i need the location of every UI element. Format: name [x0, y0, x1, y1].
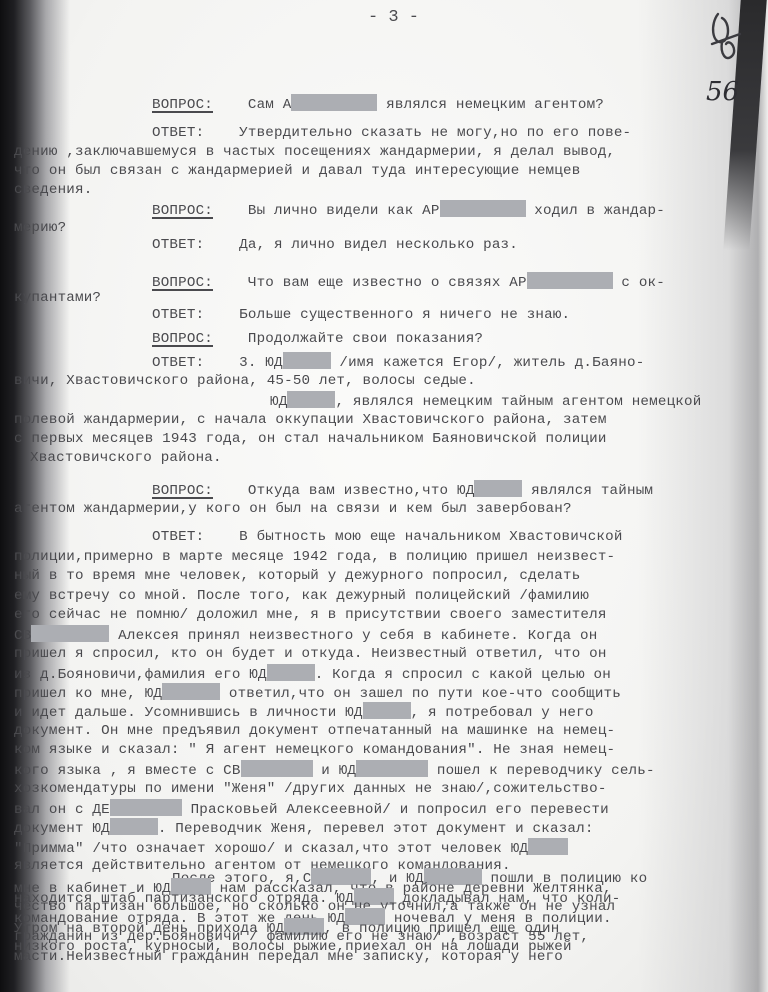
line-text: ему встречу со мной. После того, как деж…	[14, 588, 589, 604]
text-line: и идет дальше. Усомнившись в личности ЮД…	[14, 702, 594, 722]
line-text: Откуда вам известно,что ЮД	[213, 483, 474, 499]
text-line: агентом жандармерии,у кого он был на свя…	[14, 500, 572, 518]
question-line: ВОПРОС: Что вам еще известно о связях АР…	[152, 272, 665, 292]
line-text: и идет дальше. Усомнившись в личности ЮД	[14, 705, 363, 721]
line-text: что он был связан с жандармерией и давал…	[14, 163, 580, 179]
question-line: ВОПРОС: Откуда вам известно,что ЮД являл…	[152, 480, 653, 500]
text-line: с первых месяцев 1943 года, он стал нача…	[14, 430, 607, 448]
text-line: ЮД, являлся немецким тайным агентом неме…	[270, 391, 701, 411]
line-text: кого языка , я вместе с СВ	[14, 763, 241, 779]
redaction-box	[474, 480, 522, 497]
text-line: его сейчас не помню/ доложил мне, я в пр…	[14, 606, 607, 624]
line-text: Сам А	[213, 97, 291, 113]
handwritten-annotation-icon: 56	[700, 4, 768, 114]
label-question: ВОПРОС:	[152, 97, 213, 113]
line-text: Продолжайте свои показания?	[213, 331, 483, 347]
line-text: ответил,что он зашел по пути кое-что соо…	[220, 686, 621, 702]
redaction-box	[31, 625, 109, 642]
line-text: являлся немецким агентом?	[377, 97, 604, 113]
text-line: из д.Бояновичи,фамилия его ЮД. Когда я с…	[14, 664, 611, 684]
line-text: вичи, Хвастовичского района, 45-50 лет, …	[14, 373, 476, 389]
text-line: полевой жандармерии, с начала оккупации …	[14, 411, 607, 429]
text-line: ный в то время мне человек, который у де…	[14, 567, 580, 585]
text-line: полиции,примерно в марте месяце 1942 год…	[14, 548, 615, 566]
line-text: пошел к переводчику сель-	[428, 763, 655, 779]
question-line: ВОПРОС: Вы лично видели как АР ходил в ж…	[152, 200, 665, 220]
text-line: дению ,заключавшемуся в частых посещения…	[14, 143, 615, 161]
line-text: полиции,примерно в марте месяце 1942 год…	[14, 549, 615, 565]
text-line: вал он с ДЕ Прасковьей Алексеевной/ и по…	[14, 799, 609, 819]
line-text: ком языке и сказал: " Я агент немецкого …	[14, 742, 615, 758]
text-line: "Примма" /что означает хорошо/ и сказал,…	[14, 838, 568, 858]
line-text: /имя кажется Егор/, житель д.Баяно-	[331, 355, 645, 371]
line-text: ОТВЕТ: 3. ЮД	[152, 355, 283, 371]
answer-line: ОТВЕТ: Больше существенного я ничего не …	[152, 306, 570, 324]
line-text: с первых месяцев 1943 года, он стал нача…	[14, 431, 607, 447]
line-text: пришел ко мне, ЮД	[14, 686, 162, 702]
redaction-box	[162, 683, 220, 700]
answer-line: ОТВЕТ: 3. ЮД /имя кажется Егор/, житель …	[152, 352, 644, 372]
line-text: хозкомендатуры по имени "Женя" /других д…	[14, 781, 607, 797]
line-text: сведения.	[14, 182, 92, 198]
question-line: ВОПРОС: Продолжайте свои показания?	[152, 330, 483, 348]
redaction-box	[110, 818, 158, 835]
line-text: Что вам еще известно о связях АР	[213, 275, 527, 291]
line-text: Алексея принял неизвестного у себя в каб…	[109, 628, 597, 644]
redaction-box	[528, 838, 568, 855]
line-text: агентом жандармерии,у кого он был на свя…	[14, 501, 572, 517]
text-line: сведения.	[14, 181, 92, 199]
line-text: вал он с ДЕ	[14, 802, 110, 818]
line-text: ОТВЕТ: Да, я лично видел несколько раз.	[152, 237, 518, 253]
text-line: документ ЮД. Переводчик Женя, перевел эт…	[14, 818, 594, 838]
line-text: "Примма" /что означает хорошо/ и сказал,…	[14, 841, 528, 857]
text-line: ему встречу со мной. После того, как деж…	[14, 587, 589, 605]
redaction-box	[241, 760, 313, 777]
text-line: мерию?	[14, 219, 66, 237]
text-line: кого языка , я вместе с СВ и ЮД пошел к …	[14, 760, 655, 780]
line-text: документ ЮД	[14, 821, 110, 837]
line-text: мерию?	[14, 220, 66, 236]
line-text: его сейчас не помню/ доложил мне, я в пр…	[14, 607, 607, 623]
line-text: ходил в жандар-	[526, 203, 665, 219]
text-line: пришел я спросил, кто он будет и откуда.…	[14, 645, 607, 663]
redaction-box	[363, 702, 411, 719]
label-question: ВОПРОС:	[152, 203, 213, 219]
line-text: , являлся немецким тайным агентом немецк…	[335, 394, 701, 410]
line-text: полевой жандармерии, с начала оккупации …	[14, 412, 607, 428]
line-text: ОТВЕТ: В бытность мою еще начальником Хв…	[152, 529, 623, 545]
line-text: из д.Бояновичи,фамилия его ЮД	[14, 667, 267, 683]
line-text: Прасковьей Алексеевной/ и попросил его п…	[182, 802, 609, 818]
redaction-box	[287, 391, 335, 408]
question-line: ВОПРОС: Сам А являлся немецким агентом?	[152, 94, 604, 114]
line-text: документ. Он мне предъявил документ отпе…	[14, 723, 615, 739]
text-line: пришел ко мне, ЮД ответил,что он зашел п…	[14, 683, 621, 703]
redaction-box	[527, 272, 613, 289]
line-text: ОТВЕТ: Утвердительно сказать не могу,но …	[152, 125, 631, 141]
line-text: . Переводчик Женя, перевел этот документ…	[158, 821, 594, 837]
redaction-box	[267, 664, 315, 681]
answer-line: ОТВЕТ: В бытность мою еще начальником Хв…	[152, 528, 623, 546]
line-text: и ЮД	[313, 763, 357, 779]
label-question: ВОПРОС:	[152, 483, 213, 499]
line-text: масти.Неизвестный гражданин передал мне …	[14, 949, 563, 965]
text-line: вичи, Хвастовичского района, 45-50 лет, …	[14, 372, 476, 390]
line-text: , я потребовал у него	[411, 705, 594, 721]
text-line: что он был связан с жандармерией и давал…	[14, 162, 580, 180]
svg-text:56: 56	[706, 77, 739, 107]
line-text: являлся тайным	[522, 483, 653, 499]
text-line: документ. Он мне предъявил документ отпе…	[14, 722, 615, 740]
redaction-box	[291, 94, 377, 111]
line-text: купантами?	[14, 290, 101, 306]
line-text: ный в то время мне человек, который у де…	[14, 568, 580, 584]
redaction-box	[110, 799, 182, 816]
line-text: Вы лично видели как АР	[213, 203, 440, 219]
redaction-box	[283, 352, 331, 369]
line-text: дению ,заключавшемуся в частых посещения…	[14, 144, 615, 160]
line-text: Хвастовичского района.	[30, 450, 222, 466]
label-question: ВОПРОС:	[152, 331, 213, 347]
text-line: СВ Алексея принял неизвестного у себя в …	[14, 625, 597, 645]
page-number: - 3 -	[368, 8, 419, 27]
line-text: СВ	[14, 628, 31, 644]
line-text: ОТВЕТ: Больше существенного я ничего не …	[152, 307, 570, 323]
text-line: купантами?	[14, 289, 101, 307]
redaction-box	[356, 760, 428, 777]
text-line: масти.Неизвестный гражданин передал мне …	[14, 948, 563, 966]
text-line: Хвастовичского района.	[30, 449, 222, 467]
redaction-box	[440, 200, 526, 217]
label-question: ВОПРОС:	[152, 275, 213, 291]
text-line: ком языке и сказал: " Я агент немецкого …	[14, 741, 615, 759]
line-text: с ок-	[613, 275, 665, 291]
line-text: ЮД	[270, 394, 287, 410]
answer-line: ОТВЕТ: Да, я лично видел несколько раз.	[152, 236, 518, 254]
line-text: . Когда я спросил с какой целью он	[315, 667, 611, 683]
text-line: хозкомендатуры по имени "Женя" /других д…	[14, 780, 607, 798]
line-text: пришел я спросил, кто он будет и откуда.…	[14, 646, 607, 662]
answer-line: ОТВЕТ: Утвердительно сказать не могу,но …	[152, 124, 631, 142]
